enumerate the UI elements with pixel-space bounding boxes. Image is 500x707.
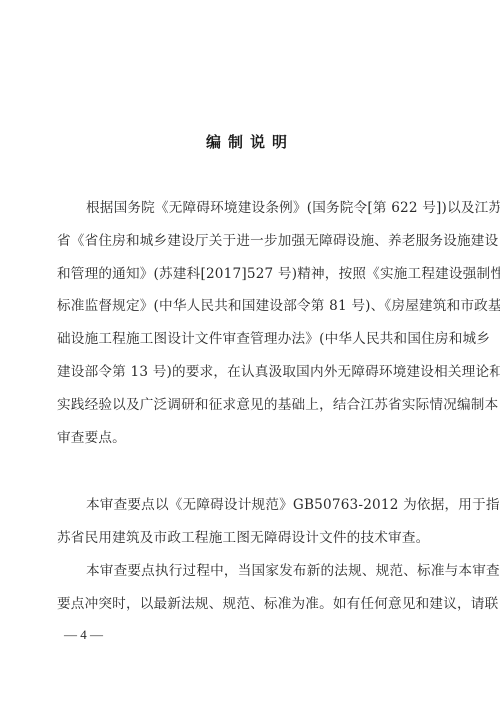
paragraph-2-line-2: 苏省民用建筑及市政工程施工图无障碍设计文件的技术审查。: [57, 530, 441, 546]
paragraph-3-line-1: 本审查要点执行过程中，当国家发布新的法规、规范、标准与本审查: [86, 563, 441, 579]
paragraph-2-line-1: 本审查要点以《无障碍设计规范》GB50763-2012 为依据，用于指导江: [86, 497, 441, 513]
page-title: 编制说明: [0, 131, 500, 152]
page-number: — 4 —: [64, 627, 103, 643]
paragraph-1-line-8: 审查要点。: [57, 430, 441, 446]
paragraph-1-line-2: 省《省住房和城乡建设厅关于进一步加强无障碍设施、养老服务设施建设: [57, 233, 441, 249]
paragraph-1-line-7: 实践经验以及广泛调研和征求意见的基础上，结合江苏省实际情况编制本: [57, 397, 441, 413]
document-page: 编制说明 根据国务院《无障碍环境建设条例》(国务院令[第 622 号])以及江苏…: [0, 0, 500, 707]
paragraph-1-line-1: 根据国务院《无障碍环境建设条例》(国务院令[第 622 号])以及江苏: [86, 200, 441, 216]
paragraph-1-line-4: 标准监督规定》(中华人民共和国建设部令第 81 号)、《房屋建筑和市政基: [57, 298, 441, 314]
paragraph-1-line-6: 建设部令第 13 号)的要求，在认真汲取国内外无障碍环境建设相关理论和: [57, 364, 441, 380]
paragraph-3-line-2: 要点冲突时，以最新法规、规范、标准为准。如有任何意见和建议，请联: [57, 596, 441, 612]
paragraph-1-line-5: 础设施工程施工图设计文件审查管理办法》(中华人民共和国住房和城乡: [57, 331, 441, 347]
paragraph-1-line-3: 和管理的通知》(苏建科[2017]527 号)精神，按照《实施工程建设强制性: [57, 266, 441, 282]
